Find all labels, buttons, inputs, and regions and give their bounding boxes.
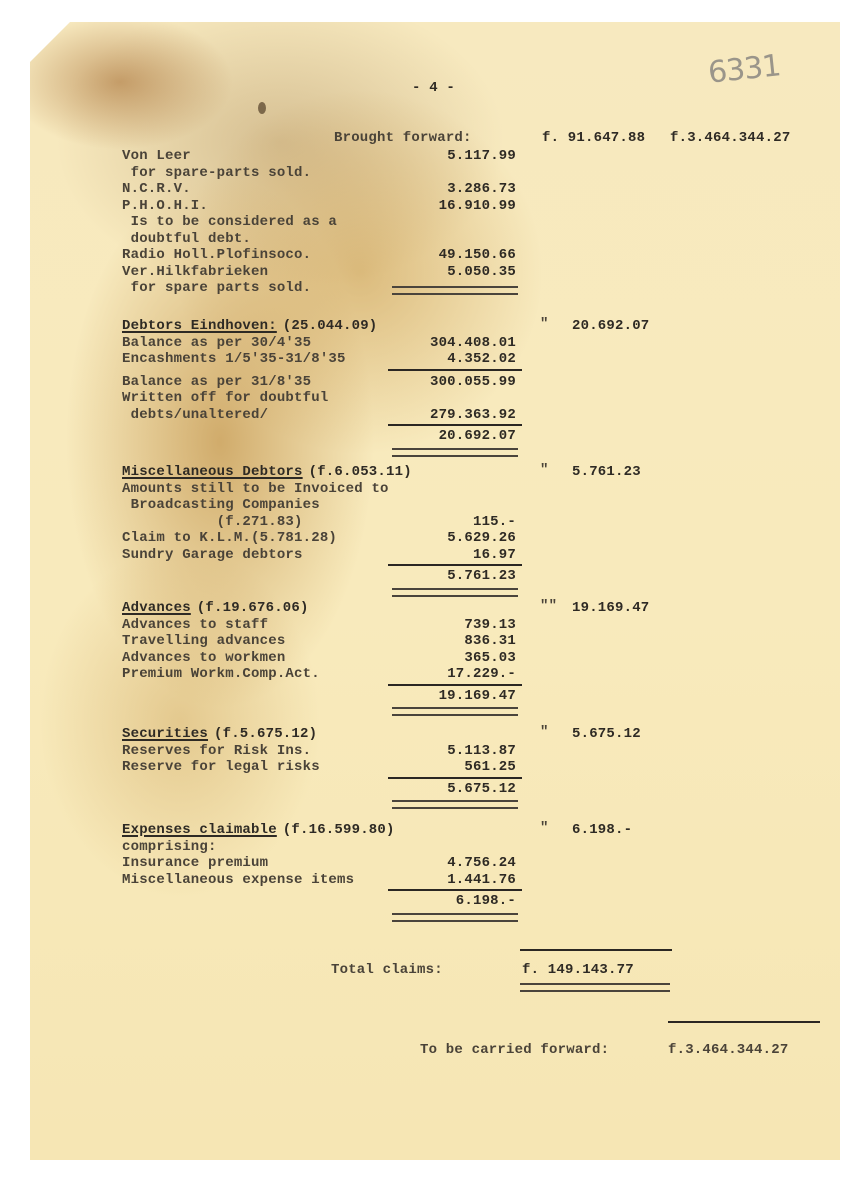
sum-rule bbox=[388, 777, 522, 779]
line-amount: 16.97 bbox=[366, 547, 516, 563]
carried-rule bbox=[668, 1021, 820, 1023]
subtotal-double-rule bbox=[392, 800, 518, 809]
section-heading-amount: (f.5.675.12) bbox=[214, 726, 317, 742]
section-total: 5.761.23 bbox=[572, 464, 641, 480]
total-rule-bottom bbox=[520, 983, 670, 992]
total-rule-top bbox=[520, 949, 672, 951]
section-subtotal: 6.198.- bbox=[366, 893, 516, 909]
line-amount: 5.113.87 bbox=[366, 743, 516, 759]
section-total: 20.692.07 bbox=[572, 318, 649, 334]
section-heading: Debtors Eindhoven: bbox=[122, 318, 277, 334]
total-claims-label: Total claims: bbox=[331, 962, 443, 978]
line-label: Amounts still to be Invoiced to bbox=[122, 481, 389, 497]
line-label: Advances to staff bbox=[122, 617, 268, 633]
subtotal-double-rule bbox=[392, 707, 518, 716]
line-label: Sundry Garage debtors bbox=[122, 547, 303, 563]
section-heading: Securities bbox=[122, 726, 208, 742]
line-label: Miscellaneous expense items bbox=[122, 872, 354, 888]
sum-rule bbox=[388, 424, 522, 426]
line-label: Advances to workmen bbox=[122, 650, 285, 666]
section-heading-amount: (25.044.09) bbox=[283, 318, 378, 334]
section-heading-amount: (f.19.676.06) bbox=[197, 600, 309, 616]
sum-rule bbox=[388, 889, 522, 891]
subtotal-double-rule bbox=[392, 913, 518, 922]
opening-item-amount: 3.286.73 bbox=[366, 181, 516, 197]
line-amount: 1.441.76 bbox=[366, 872, 516, 888]
ditto-mark: " bbox=[540, 316, 549, 332]
sum-rule bbox=[388, 564, 522, 566]
ditto-mark: "" bbox=[540, 598, 557, 614]
brought-forward-col2: f.3.464.344.27 bbox=[670, 130, 790, 146]
section-total: 6.198.- bbox=[572, 822, 632, 838]
sum-rule bbox=[388, 684, 522, 686]
opening-item-label: Radio Holl.Plofinsoco. bbox=[122, 247, 311, 263]
line-amount: 739.13 bbox=[366, 617, 516, 633]
ditto-mark: " bbox=[540, 820, 549, 836]
subtotal-double-rule bbox=[392, 448, 518, 457]
line-label: Balance as per 31/8'35 bbox=[122, 374, 311, 390]
opening-item-amount: 16.910.99 bbox=[366, 198, 516, 214]
total-claims-amount: f. 149.143.77 bbox=[522, 962, 634, 978]
line-label: Claim to K.L.M.(5.781.28) bbox=[122, 530, 337, 546]
line-amount: 279.363.92 bbox=[366, 407, 516, 423]
subtotal-double-rule bbox=[392, 588, 518, 597]
opening-item-label: Ver.Hilkfabrieken bbox=[122, 264, 268, 280]
line-label: Insurance premium bbox=[122, 855, 268, 871]
line-label: Broadcasting Companies bbox=[122, 497, 320, 513]
line-label: Encashments 1/5'35-31/8'35 bbox=[122, 351, 346, 367]
section-total: 5.675.12 bbox=[572, 726, 641, 742]
line-amount: 561.25 bbox=[366, 759, 516, 775]
brought-forward-label: Brought forward: bbox=[334, 130, 472, 146]
section-heading-amount: (f.16.599.80) bbox=[283, 822, 395, 838]
section-subtotal: 20.692.07 bbox=[366, 428, 516, 444]
opening-item-label: for spare-parts sold. bbox=[122, 165, 311, 181]
section-heading: Advances bbox=[122, 600, 191, 616]
section-heading: Miscellaneous Debtors bbox=[122, 464, 303, 480]
subtraction-rule bbox=[388, 369, 522, 371]
line-amount: 365.03 bbox=[366, 650, 516, 666]
opening-item-label: doubtful debt. bbox=[122, 231, 251, 247]
line-amount: 4.352.02 bbox=[366, 351, 516, 367]
ink-spot bbox=[258, 102, 266, 114]
opening-item-label: N.C.R.V. bbox=[122, 181, 191, 197]
opening-item-amount: 5.117.99 bbox=[366, 148, 516, 164]
ditto-mark: " bbox=[540, 724, 549, 740]
brought-forward-col1: f. 91.647.88 bbox=[542, 130, 645, 146]
opening-item-label: Is to be considered as a bbox=[122, 214, 337, 230]
line-amount: 300.055.99 bbox=[366, 374, 516, 390]
line-amount: 17.229.- bbox=[366, 666, 516, 682]
line-label: Reserve for legal risks bbox=[122, 759, 320, 775]
opening-item-label: for spare parts sold. bbox=[122, 280, 311, 296]
line-label: Written off for doubtful bbox=[122, 390, 328, 406]
line-amount: 115.- bbox=[366, 514, 516, 530]
opening-double-rule bbox=[392, 286, 518, 295]
carried-forward-amount: f.3.464.344.27 bbox=[668, 1042, 788, 1058]
page-number: - 4 - bbox=[412, 80, 455, 96]
section-total: 19.169.47 bbox=[572, 600, 649, 616]
opening-item-amount: 49.150.66 bbox=[366, 247, 516, 263]
section-subtotal: 5.675.12 bbox=[366, 781, 516, 797]
ditto-mark: " bbox=[540, 462, 549, 478]
opening-item-label: Von Leer bbox=[122, 148, 191, 164]
line-label: Reserves for Risk Ins. bbox=[122, 743, 311, 759]
line-amount: 4.756.24 bbox=[366, 855, 516, 871]
section-subtotal: 5.761.23 bbox=[366, 568, 516, 584]
line-amount: 836.31 bbox=[366, 633, 516, 649]
line-label: Travelling advances bbox=[122, 633, 285, 649]
line-label: debts/unaltered/ bbox=[122, 407, 268, 423]
section-heading-amount: (f.6.053.11) bbox=[309, 464, 412, 480]
section-subtotal: 19.169.47 bbox=[366, 688, 516, 704]
line-label: Balance as per 30/4'35 bbox=[122, 335, 311, 351]
opening-item-label: P.H.O.H.I. bbox=[122, 198, 208, 214]
line-label: (f.271.83) bbox=[122, 514, 303, 530]
carried-forward-label: To be carried forward: bbox=[420, 1042, 609, 1058]
line-amount: 5.629.26 bbox=[366, 530, 516, 546]
line-label: comprising: bbox=[122, 839, 217, 855]
section-heading: Expenses claimable bbox=[122, 822, 277, 838]
line-label: Premium Workm.Comp.Act. bbox=[122, 666, 320, 682]
line-amount: 304.408.01 bbox=[366, 335, 516, 351]
opening-item-amount: 5.050.35 bbox=[366, 264, 516, 280]
